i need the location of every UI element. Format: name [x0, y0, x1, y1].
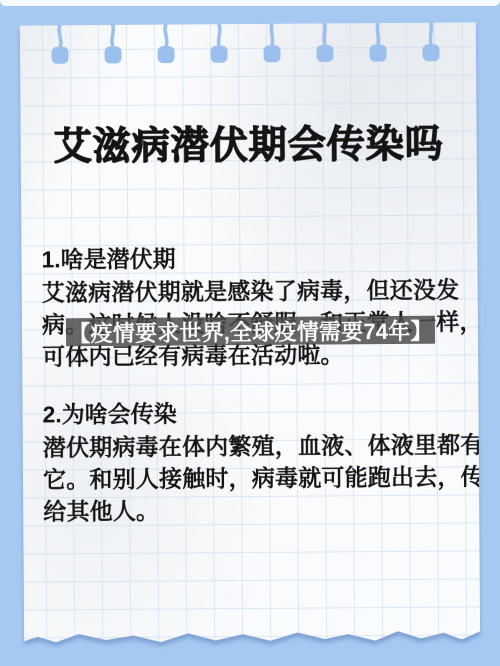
section-2-heading: 2.为啥会传染 — [42, 397, 464, 430]
section-transmission: 2.为啥会传染 潜伏期病毒在体内繁殖，血液、体液里都有 它。和别人接触时，病毒就… — [42, 397, 465, 528]
binder-clip-icon — [155, 25, 177, 65]
binder-clip-icon — [261, 24, 283, 64]
section-1-heading: 1.啥是潜伏期 — [41, 242, 463, 275]
section-incubation: 1.啥是潜伏期 艾滋病潜伏期就是感染了病毒，但还没发 病。这时候人没啥不舒服，和… — [41, 242, 464, 373]
body-line: 它。和别人接触时，病毒就可能跑出去，传 — [43, 461, 465, 496]
body-line: 艾滋病潜伏期就是感染了病毒，但还没发 — [42, 274, 464, 309]
binder-clip-icon — [49, 25, 71, 65]
binder-clip-icon — [208, 24, 230, 64]
binder-clip-icon — [420, 23, 442, 63]
notepad-paper: 艾滋病潜伏期会传染吗 1.啥是潜伏期 艾滋病潜伏期就是感染了病毒，但还没发 病。… — [20, 22, 480, 645]
watermark-banner: 【疫情要求世界,全球疫情需要74年】 — [66, 316, 435, 347]
body-line: 潜伏期病毒在体内繁殖，血液、体液里都有 — [43, 429, 465, 464]
body-line: 给其他人。 — [43, 493, 465, 528]
watermark-text: 【疫情要求世界,全球疫情需要74年】 — [68, 314, 432, 348]
binder-clip-icon — [102, 25, 124, 65]
paper-sheet: 艾滋病潜伏期会传染吗 1.啥是潜伏期 艾滋病潜伏期就是感染了病毒，但还没发 病。… — [20, 22, 480, 645]
binder-clip-icon — [314, 23, 336, 63]
page-background: 艾滋病潜伏期会传染吗 1.啥是潜伏期 艾滋病潜伏期就是感染了病毒，但还没发 病。… — [0, 0, 500, 666]
binder-clip-icon — [367, 23, 389, 63]
note-title: 艾滋病潜伏期会传染吗 — [21, 122, 477, 169]
binder-clips — [49, 23, 442, 66]
top-edge-highlight — [0, 0, 500, 6]
